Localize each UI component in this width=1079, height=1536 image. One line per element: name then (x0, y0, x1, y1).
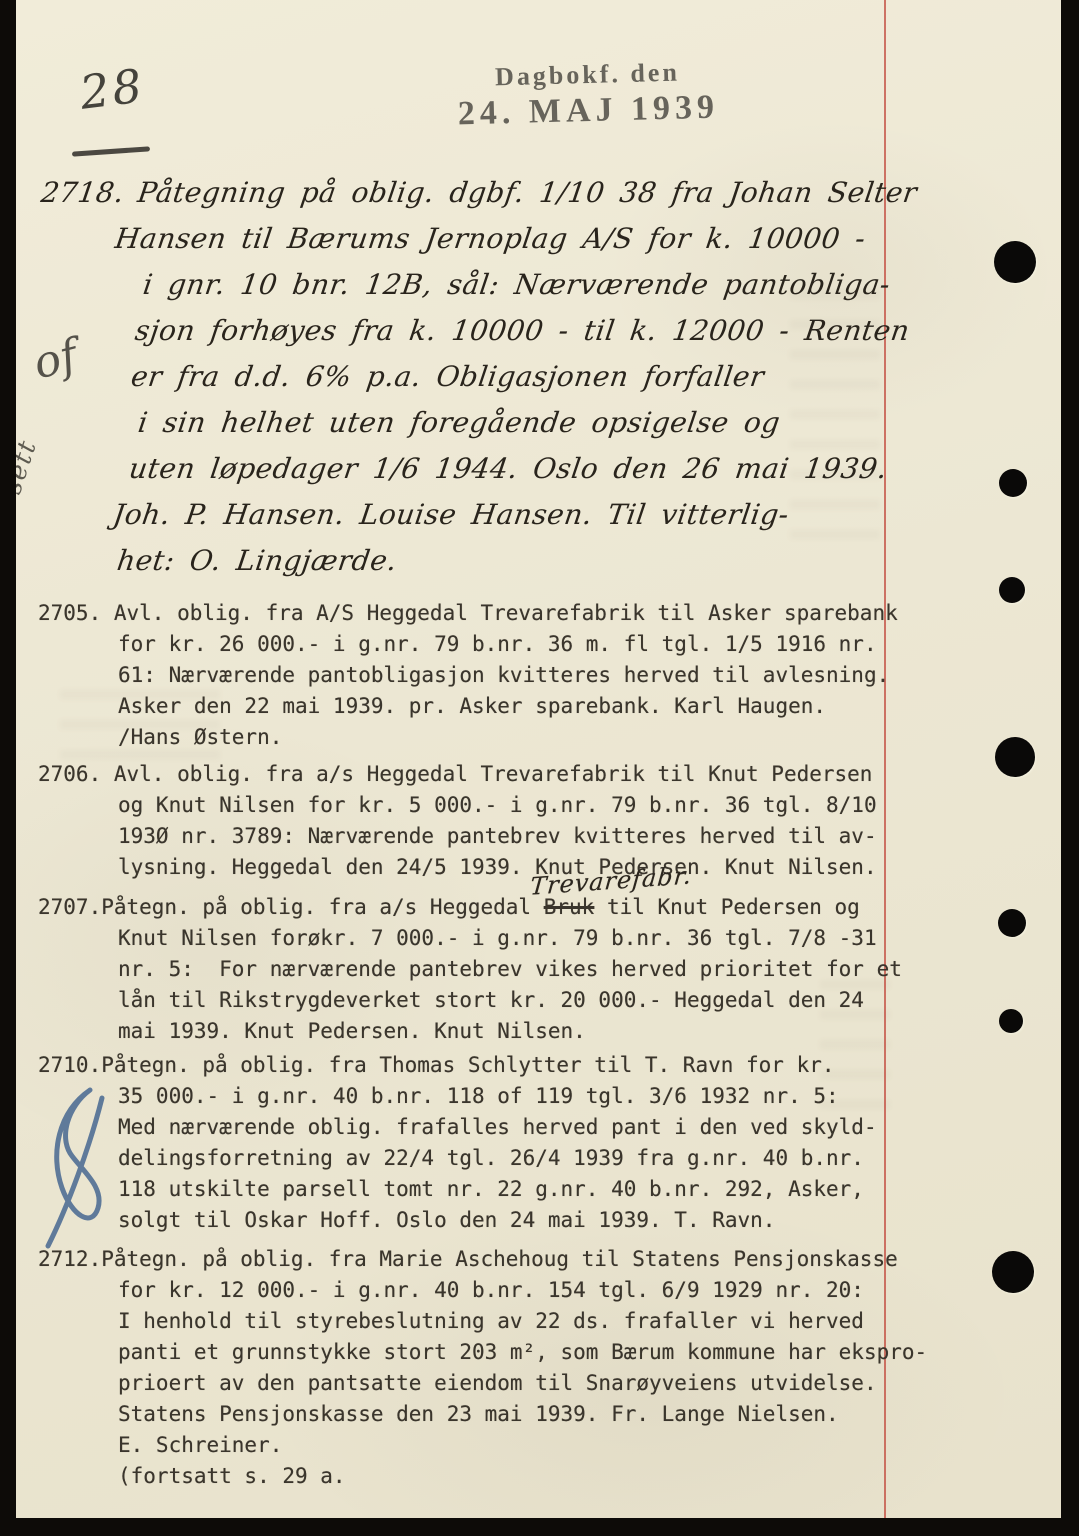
entry-line: Knut Nilsen forøkr. 7 000.- i g.nr. 79 b… (38, 923, 938, 954)
handwritten-entry-2718: 2718.Påtegning på oblig. dgbf. 1/10 38 f… (38, 170, 918, 584)
entry-line-with-correction: 2707.Påtegn. på oblig. fra a/s Heggedal … (38, 892, 938, 923)
entry-line: 2706. Avl. oblig. fra a/s Heggedal Treva… (38, 759, 938, 790)
entry-line: (fortsatt s. 29 a. (38, 1461, 938, 1492)
entry-line: nr. 5: For nærværende pantebrev vikes he… (38, 954, 938, 985)
punch-hole (995, 737, 1035, 777)
date-stamp: Dagbokf. den 24. MAJ 1939 (427, 56, 749, 134)
entry-line: Asker den 22 mai 1939. pr. Asker spareba… (38, 691, 938, 722)
entry-text: 2707.Påtegn. på oblig. fra a/s Heggedal (38, 895, 544, 919)
entry-line: 35 000.- i g.nr. 40 b.nr. 118 of 119 tgl… (38, 1081, 938, 1112)
entry-number: 2718. (39, 176, 126, 209)
entry-line: og Knut Nilsen for kr. 5 000.- i g.nr. 7… (38, 790, 938, 821)
entry-line: mai 1939. Knut Pedersen. Knut Nilsen. (38, 1016, 938, 1047)
register-entry-2707: 2707.Påtegn. på oblig. fra a/s Heggedal … (38, 892, 938, 1047)
entry-line: /Hans Østern. (38, 722, 938, 753)
punch-hole (998, 909, 1026, 937)
page-number: 28 (77, 58, 148, 119)
scan-border-right (1061, 0, 1079, 1536)
entry-line: I henhold til styrebeslutning av 22 ds. … (38, 1306, 938, 1337)
entry-line: sjon forhøyes fra k. 10000 - til k. 1200… (132, 308, 924, 354)
entry-line: Med nærværende oblig. frafalles herved p… (38, 1112, 938, 1143)
punch-hole (999, 469, 1027, 497)
entry-line: het: O. Lingjærde. (114, 538, 924, 584)
entry-line: prioert av den pantsatte eiendom til Sna… (38, 1368, 938, 1399)
entry-line: 2712.Påtegn. på oblig. fra Marie Ascheho… (38, 1244, 938, 1275)
entry-line: panti et grunnstykke stort 203 m², som B… (38, 1337, 938, 1368)
register-entry-2710: 2710.Påtegn. på oblig. fra Thomas Schlyt… (38, 1050, 938, 1236)
register-entry-2705: 2705. Avl. oblig. fra A/S Heggedal Treva… (38, 598, 938, 753)
entry-line: 2705. Avl. oblig. fra A/S Heggedal Treva… (38, 598, 938, 629)
entry-line: 2718.Påtegning på oblig. dgbf. 1/10 38 f… (38, 170, 924, 216)
entry-line: Statens Pensjonskasse den 23 mai 1939. F… (38, 1399, 938, 1430)
punch-hole (999, 577, 1025, 603)
punch-hole (992, 1251, 1034, 1293)
scan-border-bottom (0, 1518, 1079, 1536)
entry-line: for kr. 12 000.- i g.nr. 40 b.nr. 154 tg… (38, 1275, 938, 1306)
entry-line: 61: Nærværende pantobligasjon kvitteres … (38, 660, 938, 691)
punch-hole (994, 241, 1036, 283)
register-entry-2712: 2712.Påtegn. på oblig. fra Marie Ascheho… (38, 1244, 938, 1492)
entry-line: delingsforretning av 22/4 tgl. 26/4 1939… (38, 1143, 938, 1174)
entry-text: Påtegning på oblig. dgbf. 1/10 38 fra Jo… (136, 176, 920, 209)
entry-line: i gnr. 10 bnr. 12B, sål: Nærværende pant… (140, 262, 924, 308)
register-entry-2706: 2706. Avl. oblig. fra a/s Heggedal Treva… (38, 759, 938, 883)
punch-hole (999, 1009, 1023, 1033)
typed-entries: 2705. Avl. oblig. fra A/S Heggedal Treva… (38, 598, 938, 1492)
entry-line: solgt til Oskar Hoff. Oslo den 24 mai 19… (38, 1205, 938, 1236)
entry-line: Joh. P. Hansen. Louise Hansen. Til vitte… (110, 492, 924, 538)
entry-line: 2710.Påtegn. på oblig. fra Thomas Schlyt… (38, 1050, 938, 1081)
entry-text: til Knut Pedersen og (594, 895, 860, 919)
entry-line: er fra d.d. 6% p.a. Obligasjonen forfall… (128, 354, 924, 400)
entry-line: Hansen til Bærums Jernoplag A/S for k. 1… (112, 216, 924, 262)
scan-border-left (0, 0, 16, 1536)
entry-line: i sin helhet uten foregående opsigelse o… (135, 400, 924, 446)
entry-line: uten løpedager 1/6 1944. Oslo den 26 mai… (126, 446, 924, 492)
entry-line: 193Ø nr. 3789: Nærværende pantebrev kvit… (38, 821, 938, 852)
scanned-register-page: 28 Dagbokf. den 24. MAJ 1939 of sett 271… (0, 0, 1079, 1536)
blue-ink-flourish (28, 1076, 128, 1256)
entry-line: for kr. 26 000.- i g.nr. 79 b.nr. 36 m. … (38, 629, 938, 660)
entry-line: E. Schreiner. (38, 1430, 938, 1461)
entry-line: 118 utskilte parsell tomt nr. 22 g.nr. 4… (38, 1174, 938, 1205)
entry-line: lån til Rikstrygdeverket stort kr. 20 00… (38, 985, 938, 1016)
entry-line: lysning. Heggedal den 24/5 1939. Knut Pe… (38, 852, 938, 883)
